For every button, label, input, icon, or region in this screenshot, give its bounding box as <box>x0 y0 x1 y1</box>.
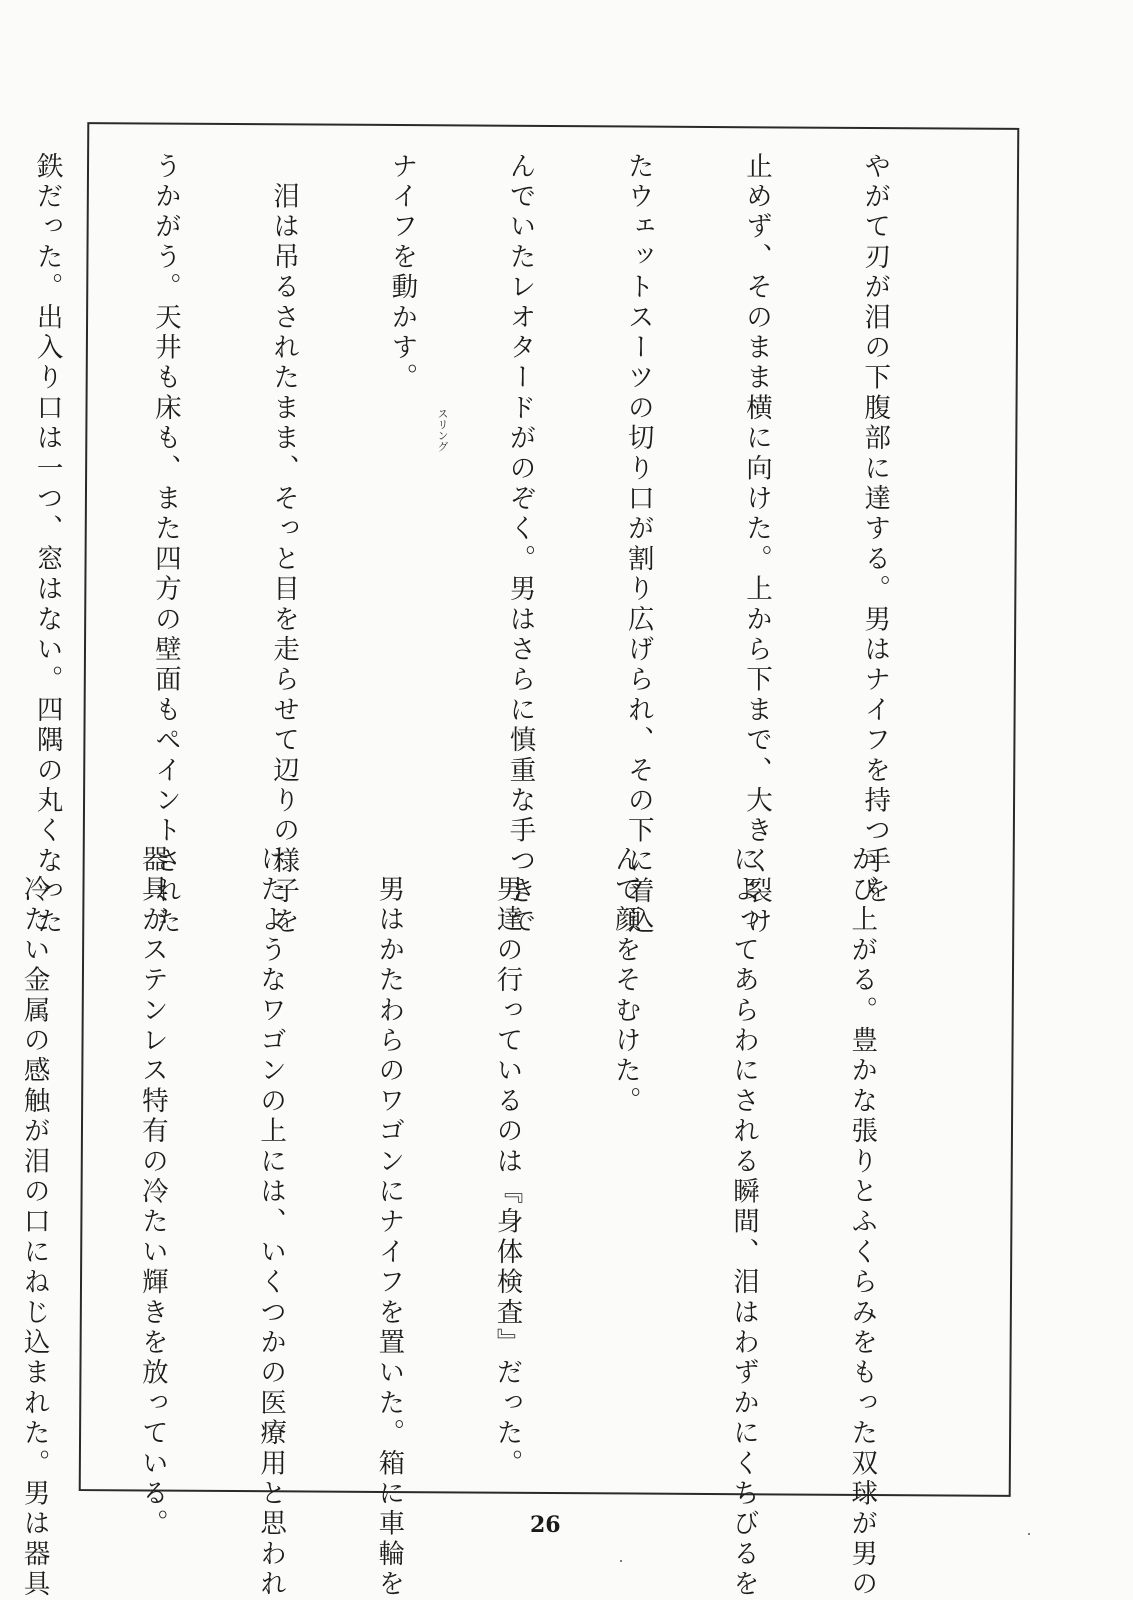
ruby-annotation: スリング <box>436 408 448 452</box>
scan-speck <box>1028 1533 1030 1535</box>
text-column: 男達の行っているのは『身体検査』だった。 <box>487 845 526 1505</box>
text-column: 器具がステンレス特有の冷たい輝きを放っている。 <box>132 845 171 1505</box>
scan-speck <box>620 1560 622 1562</box>
upper-text-block: やがて刃が泪の下腹部に達する。男はナイフを持つ手を 止めず、そのまま横に向けた。… <box>0 152 973 812</box>
text-column: かび上がる。豊かな張りとふくらみをもった双球が男の手 <box>842 845 881 1505</box>
text-column: ナイフを動かす。 <box>382 152 421 812</box>
text-column: 止めず、そのまま横に向けた。上から下まで、大きく裂け <box>737 152 776 812</box>
text-column: うかがう。天井も床も、また四方の壁面もペイントされた <box>145 152 184 812</box>
text-column: たウェットスーツの切り口が割り広げられ、その下に着込 <box>618 152 657 812</box>
text-column: んでいたレオタードがのぞく。男はさらに慎重な手つきで <box>500 152 539 812</box>
text-column: やがて刃が泪の下腹部に達する。男はナイフを持つ手を <box>855 152 894 812</box>
text-column: んで顔をそむけた。 <box>605 845 644 1505</box>
text-column: 鉄だった。出入り口は一つ、窓はない。四隅の丸くなった <box>27 152 66 812</box>
lower-text-block: かび上がる。豊かな張りとふくらみをもった双球が男の手 によってあらわにされる瞬間… <box>0 845 960 1505</box>
text-column: 男はかたわらのワゴンにナイフを置いた。箱に車輪をつ <box>369 845 408 1505</box>
text-column: 泪は吊るされたまま、そっと目を走らせて辺りの様子を <box>264 152 303 812</box>
text-column: けたようなワゴンの上には、いくつかの医療用と思われる <box>251 845 290 1505</box>
text-column: によってあらわにされる瞬間、泪はわずかにくちびるを噛 <box>724 845 763 1505</box>
page-number: 26 <box>530 1512 561 1538</box>
text-column: 冷たい金属の感触が泪の口にねじ込まれた。男は器具を <box>14 845 53 1505</box>
